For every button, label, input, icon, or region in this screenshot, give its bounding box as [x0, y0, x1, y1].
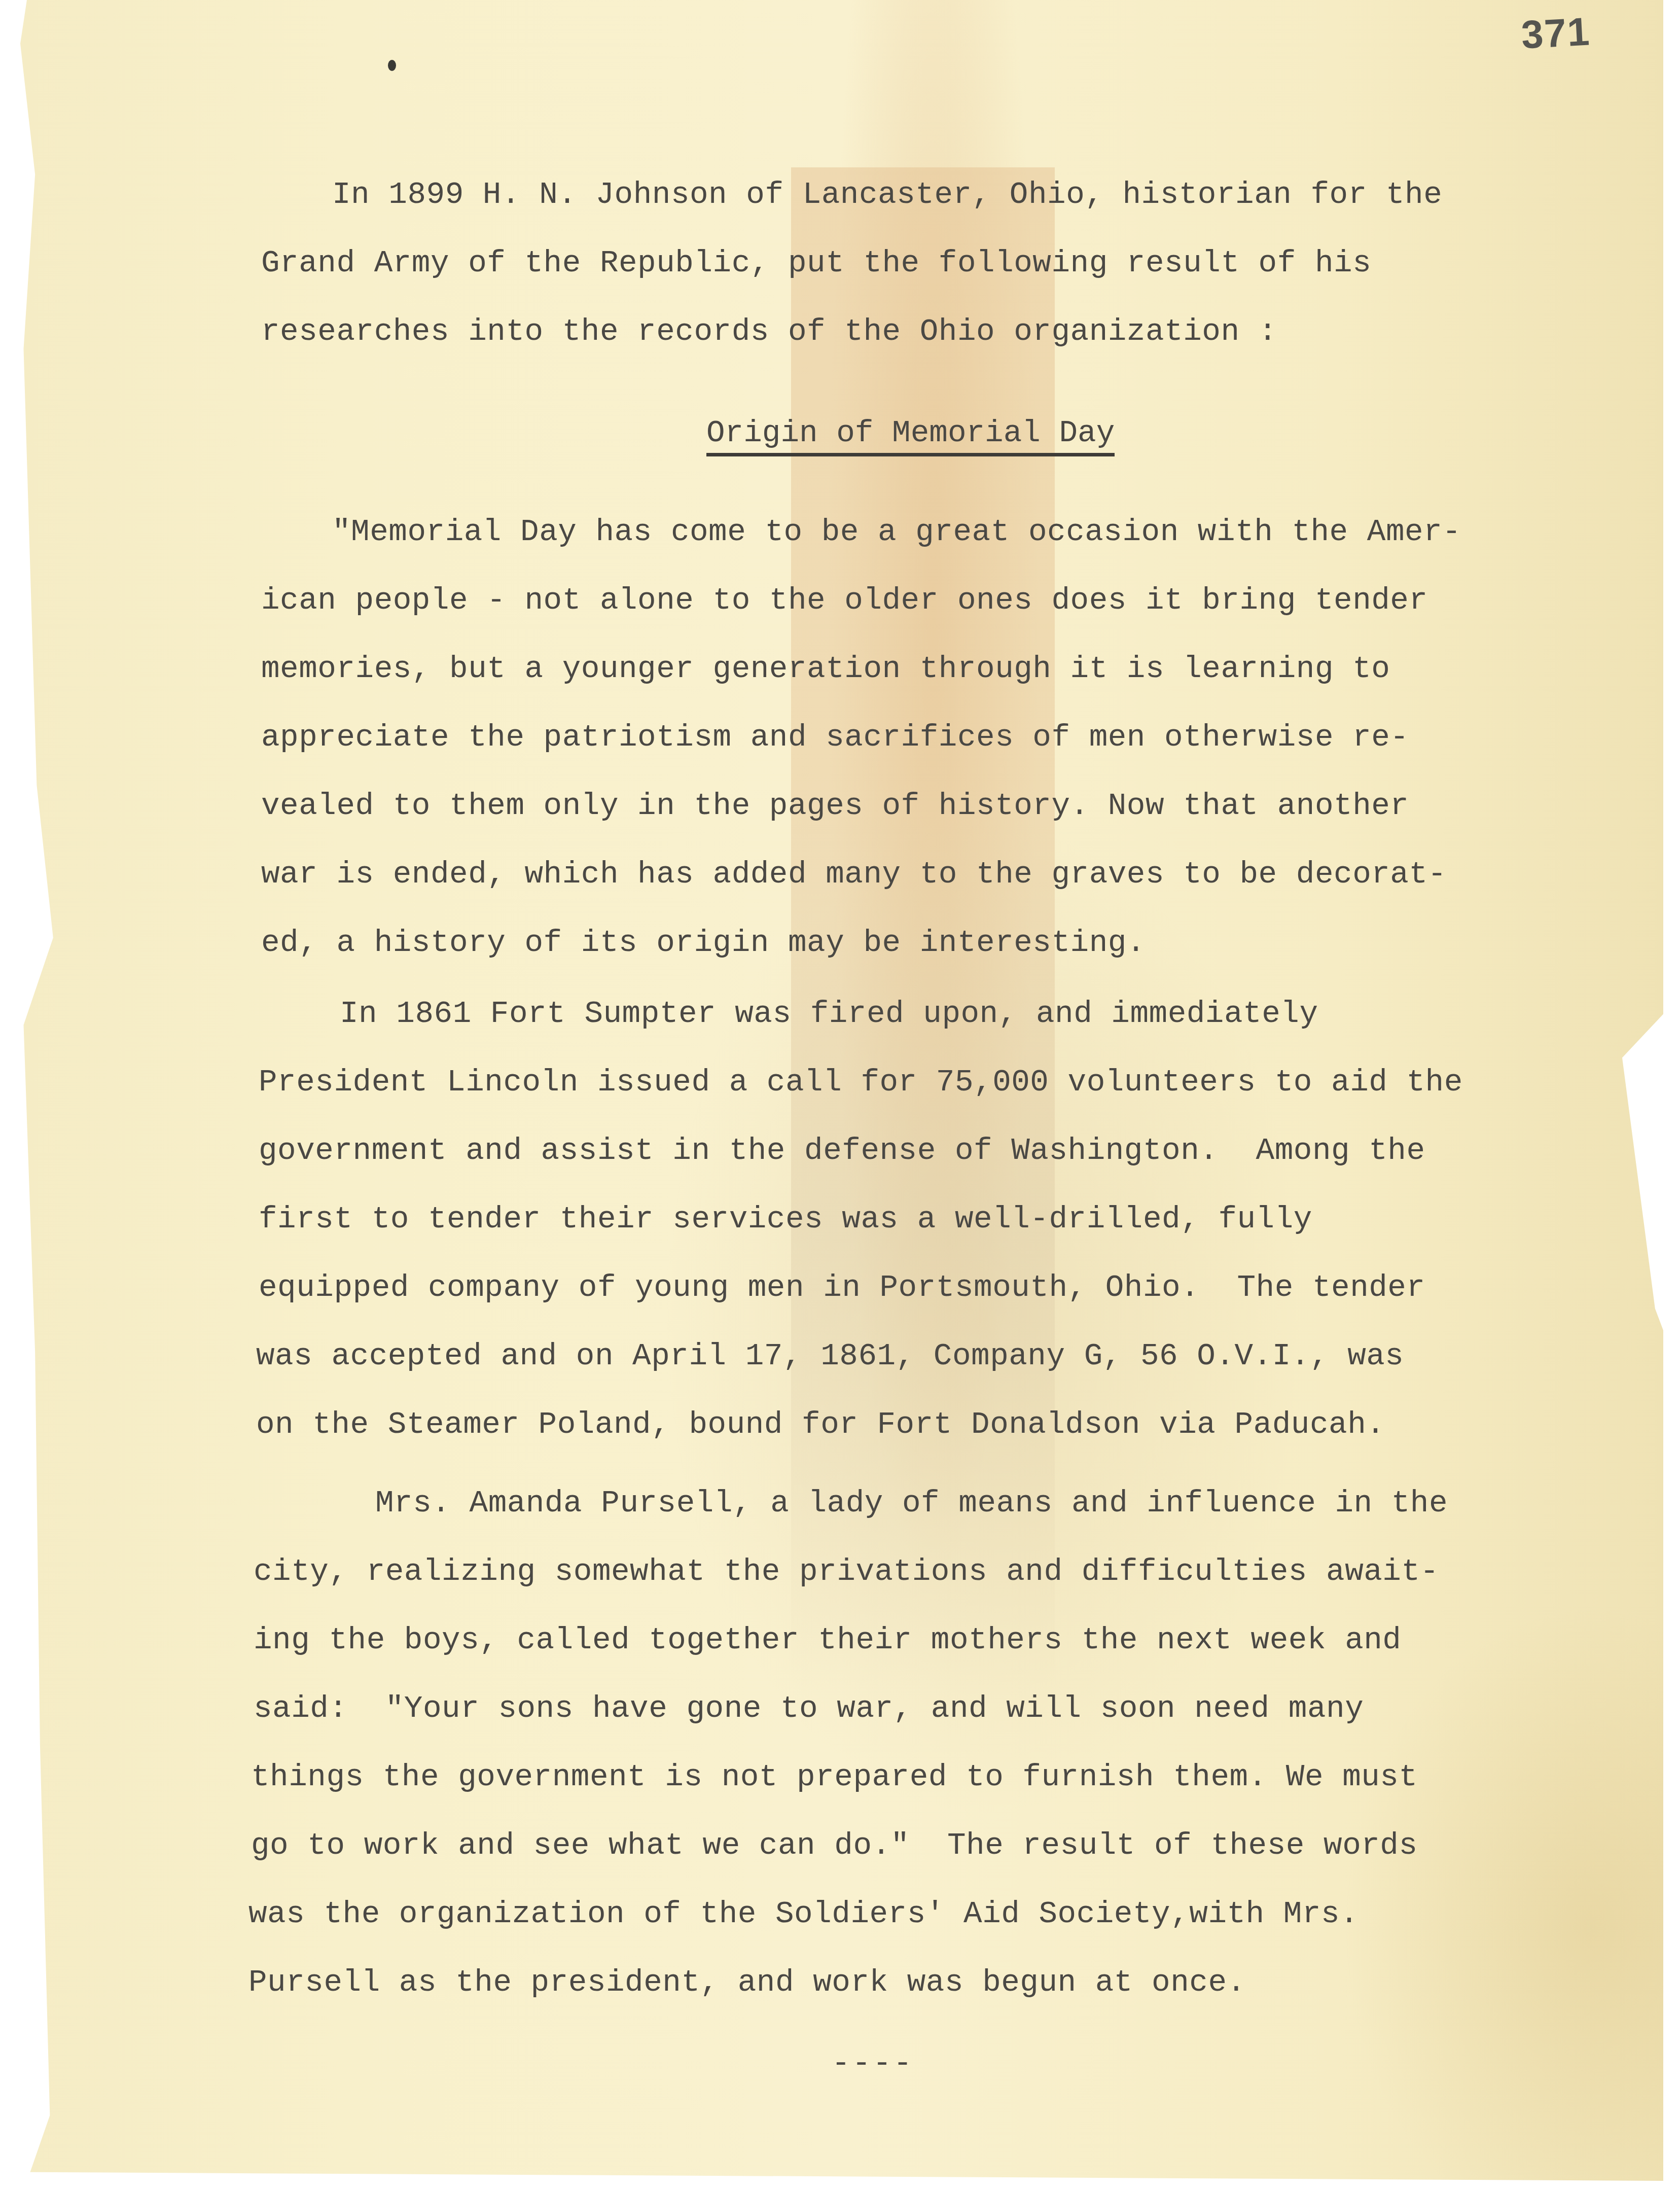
end-separator: ----: [832, 2046, 914, 2081]
intro-line: Grand Army of the Republic, put the foll…: [261, 246, 1371, 281]
page-number: 371: [1520, 8, 1592, 58]
intro-line: researches into the records of the Ohio …: [261, 314, 1277, 349]
paragraph-line: war is ended, which has added many to th…: [261, 857, 1447, 892]
paragraph-line: memories, but a younger generation throu…: [261, 652, 1390, 687]
paragraph-line: equipped company of young men in Portsmo…: [259, 1270, 1425, 1305]
paragraph-line: was the organization of the Soldiers' Ai…: [248, 1897, 1359, 1932]
paragraph-line: ed, a history of its origin may be inter…: [261, 926, 1146, 961]
paragraph-line: vealed to them only in the pages of hist…: [261, 789, 1409, 824]
paragraph-line: Pursell as the president, and work was b…: [248, 1965, 1246, 2000]
paragraph-line: things the government is not prepared to…: [251, 1760, 1418, 1795]
paragraph-line: "Memorial Day has come to be a great occ…: [332, 515, 1461, 550]
paragraph-line: city, realizing somewhat the privations …: [254, 1554, 1439, 1589]
paragraph-line: on the Steamer Poland, bound for Fort Do…: [256, 1407, 1385, 1442]
ink-dot-mark: [388, 60, 396, 71]
paragraph-line: ing the boys, called together their moth…: [254, 1623, 1401, 1658]
paragraph-line: go to work and see what we can do." The …: [251, 1828, 1418, 1863]
paragraph-line: Mrs. Amanda Pursell, a lady of means and…: [375, 1486, 1448, 1521]
paragraph-line: first to tender their services was a wel…: [259, 1202, 1312, 1237]
paragraph-line: In 1861 Fort Sumpter was fired upon, and…: [340, 997, 1318, 1032]
paragraph-line: ican people - not alone to the older one…: [261, 583, 1428, 618]
document-title: Origin of Memorial Day: [706, 416, 1115, 456]
paragraph-line: appreciate the patriotism and sacrifices…: [261, 720, 1409, 755]
paragraph-line: was accepted and on April 17, 1861, Comp…: [256, 1339, 1404, 1374]
paragraph-line: President Lincoln issued a call for 75,0…: [259, 1065, 1463, 1100]
intro-line: In 1899 H. N. Johnson of Lancaster, Ohio…: [332, 178, 1442, 213]
paragraph-line: said: "Your sons have gone to war, and w…: [254, 1691, 1364, 1726]
paragraph-line: government and assist in the defense of …: [259, 1134, 1425, 1169]
